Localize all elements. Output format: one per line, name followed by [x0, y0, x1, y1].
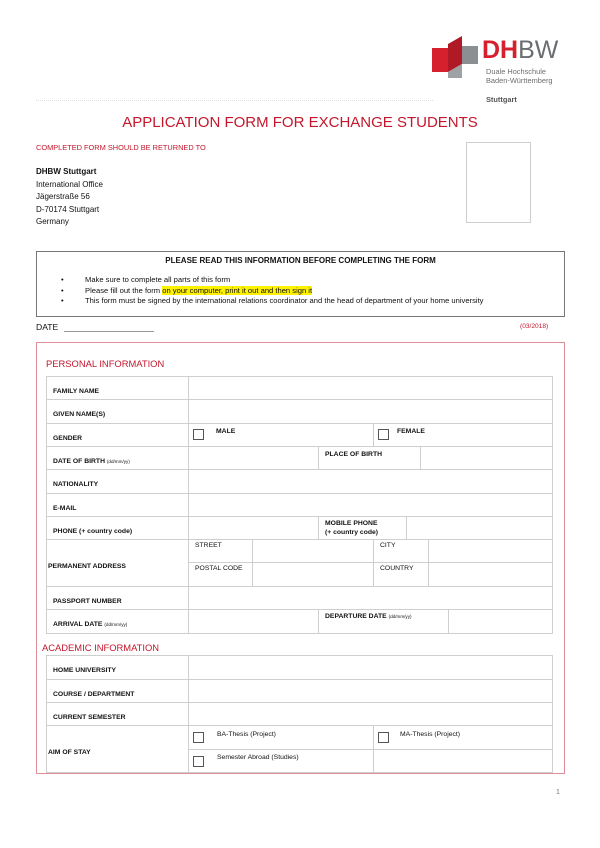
- ma-thesis-checkbox[interactable]: [378, 732, 389, 743]
- label-city: CITY: [374, 540, 429, 563]
- label-street: STREET: [189, 540, 253, 563]
- arrival-date-input[interactable]: [189, 610, 319, 634]
- postal-code-input[interactable]: [253, 563, 374, 587]
- ba-thesis-label: BA-Thesis (Project): [217, 731, 276, 738]
- info-heading: PLEASE READ THIS INFORMATION BEFORE COMP…: [37, 256, 564, 265]
- info-item: Make sure to complete all parts of this …: [61, 275, 483, 286]
- label-nationality: NATIONALITY: [47, 470, 189, 494]
- female-checkbox[interactable]: [378, 429, 389, 440]
- label-postal-code: POSTAL CODE: [189, 563, 253, 587]
- personal-info-table: FAMILY NAME GIVEN NAME(S) GENDER MALE FE…: [46, 376, 553, 634]
- label-given-names: GIVEN NAME(S): [47, 400, 189, 424]
- given-names-input[interactable]: [189, 400, 553, 424]
- dhbw-logo-icon: [432, 34, 478, 78]
- label-country: COUNTRY: [374, 563, 429, 587]
- highlighted-text: on your computer, print it out and then …: [162, 286, 312, 295]
- date-of-birth-input[interactable]: [189, 447, 319, 470]
- label-family-name: FAMILY NAME: [47, 377, 189, 400]
- semester-abroad-label: Semester Abroad (Studies): [217, 754, 299, 761]
- label-current-semester: CURRENT SEMESTER: [47, 703, 189, 726]
- place-of-birth-input[interactable]: [421, 447, 553, 470]
- street-input[interactable]: [253, 540, 374, 563]
- return-label: COMPLETED FORM SHOULD BE RETURNED TO: [36, 143, 206, 152]
- info-box: PLEASE READ THIS INFORMATION BEFORE COMP…: [36, 251, 565, 317]
- page-number: 1: [556, 789, 560, 796]
- phone-input[interactable]: [189, 517, 319, 540]
- academic-info-table: HOME UNIVERSITY COURSE / DEPARTMENT CURR…: [46, 655, 553, 773]
- return-address: DHBW Stuttgart International Office Jäge…: [36, 166, 103, 229]
- label-course-department: COURSE / DEPARTMENT: [47, 680, 189, 703]
- section-title-academic: ACADEMIC INFORMATION: [42, 642, 159, 653]
- logo-campus: Stuttgart: [486, 95, 517, 104]
- empty-cell: [374, 750, 553, 773]
- passport-number-input[interactable]: [189, 587, 553, 610]
- email-input[interactable]: [189, 494, 553, 517]
- logo-wordmark: DHBW: [482, 38, 558, 63]
- label-permanent-address: PERMANENT ADDRESS: [47, 540, 189, 587]
- city-input[interactable]: [429, 540, 553, 563]
- gender-female-cell: FEMALE: [374, 424, 553, 447]
- semester-abroad-checkbox[interactable]: [193, 756, 204, 767]
- info-item: Please fill out the form on your compute…: [61, 286, 483, 297]
- photo-box[interactable]: [466, 142, 531, 223]
- label-date-of-birth: DATE OF BIRTH (dd/mm/yy): [47, 447, 189, 470]
- current-semester-input[interactable]: [189, 703, 553, 726]
- home-university-input[interactable]: [189, 656, 553, 680]
- page-title: APPLICATION FORM FOR EXCHANGE STUDENTS: [0, 114, 600, 131]
- label-home-university: HOME UNIVERSITY: [47, 656, 189, 680]
- label-email: E-MAIL: [47, 494, 189, 517]
- mobile-phone-input[interactable]: [407, 517, 553, 540]
- section-title-personal: PERSONAL INFORMATION: [46, 358, 164, 369]
- ma-thesis-cell: MA-Thesis (Project): [374, 726, 553, 750]
- date-label: DATE: [36, 322, 58, 332]
- date-field[interactable]: [64, 331, 154, 332]
- info-list: Make sure to complete all parts of this …: [61, 275, 483, 307]
- family-name-input[interactable]: [189, 377, 553, 400]
- label-mobile-phone: MOBILE PHONE(+ country code): [319, 517, 407, 540]
- form-version: (03/2018): [520, 323, 548, 330]
- female-label: FEMALE: [397, 428, 425, 435]
- label-passport-number: PASSPORT NUMBER: [47, 587, 189, 610]
- header-divider: [36, 100, 433, 101]
- label-place-of-birth: PLACE OF BIRTH: [319, 447, 421, 470]
- label-arrival-date: ARRIVAL DATE (dd/mm/yy): [47, 610, 189, 634]
- male-label: MALE: [216, 428, 235, 435]
- departure-date-input[interactable]: [449, 610, 553, 634]
- ma-thesis-label: MA-Thesis (Project): [400, 731, 460, 738]
- course-department-input[interactable]: [189, 680, 553, 703]
- nationality-input[interactable]: [189, 470, 553, 494]
- label-departure-date: DEPARTURE DATE (dd/mm/yy): [319, 610, 449, 634]
- label-aim-of-stay: AIM OF STAY: [47, 726, 189, 773]
- label-phone: PHONE (+ country code): [47, 517, 189, 540]
- ba-thesis-cell: BA-Thesis (Project): [189, 726, 374, 750]
- label-gender: GENDER: [47, 424, 189, 447]
- semester-abroad-cell: Semester Abroad (Studies): [189, 750, 374, 773]
- info-item: This form must be signed by the internat…: [61, 296, 483, 307]
- ba-thesis-checkbox[interactable]: [193, 732, 204, 743]
- country-input[interactable]: [429, 563, 553, 587]
- male-checkbox[interactable]: [193, 429, 204, 440]
- gender-male-cell: MALE: [189, 424, 374, 447]
- logo-subtitle: Duale Hochschule Baden-Württemberg: [486, 67, 553, 85]
